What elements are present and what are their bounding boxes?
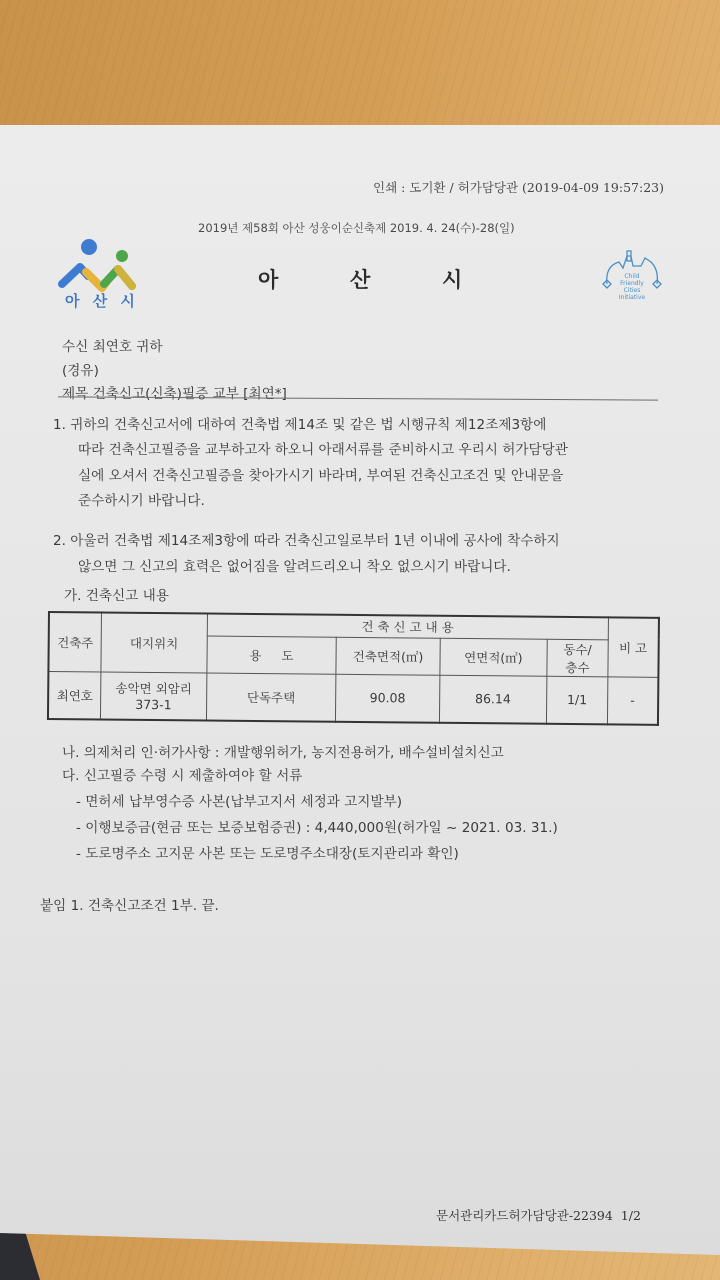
section-da: 다. 신고필증 수령 시 제출하여야 할 서류 xyxy=(62,764,302,784)
paragraph-2-line-2: 않으면 그 신고의 효력은 없어짐을 알려드리오니 착오 없으시기 바랍니다. xyxy=(78,555,511,575)
cell-use: 단독주택 xyxy=(206,673,336,722)
org-title-char-2: 산 xyxy=(350,264,370,294)
paragraph-1-line-4: 준수하시기 바랍니다. xyxy=(78,489,205,509)
section-ga-heading: 가. 건축신고 내용 xyxy=(64,584,169,604)
paragraph-2-line-1: 2. 아울러 건축법 제14조제3항에 따라 건축신고일로부터 1년 이내에 공… xyxy=(53,529,560,549)
header-site: 대지위치 xyxy=(101,613,207,673)
cell-site: 송악면 외암리 373-1 xyxy=(101,672,207,721)
svg-text:Initiative: Initiative xyxy=(619,294,646,301)
via: (경유) xyxy=(62,359,99,379)
header-use: 용 도 xyxy=(206,636,336,674)
print-info: 인쇄 : 도기환 / 허가담당관 (2019-04-09 19:57:23) xyxy=(373,178,664,196)
org-title-char-1: 아 xyxy=(258,264,278,294)
svg-text:Child: Child xyxy=(624,273,639,280)
header-owner: 건축주 xyxy=(48,612,101,672)
paragraph-1-line-3: 실에 오셔서 건축신고필증을 찾아가시기 바라며, 부여된 건축신고조건 및 안… xyxy=(78,464,563,484)
cell-owner: 최연호 xyxy=(48,671,101,720)
header-building-area: 건축면적(㎡) xyxy=(336,637,440,675)
cell-buildings-floors: 1/1 xyxy=(546,676,607,725)
paragraph-1-line-1: 1. 귀하의 건축신고서에 대하여 건축법 제14조 및 같은 법 시행규칙 제… xyxy=(53,413,546,433)
attachment-note: 붙임 1. 건축신고조건 1부. 끝. xyxy=(40,894,219,914)
header-buildings-floors: 동수/ 층수 xyxy=(547,639,608,677)
subject: 제목 건축신고(신축)필증 교부 [최연*] xyxy=(62,382,287,402)
header-floor-area: 연면적(㎡) xyxy=(439,638,547,676)
logo-text: 아 산 시 xyxy=(65,290,139,311)
building-report-table: 건축주 대지위치 건 축 신 고 내 용 비 고 용 도 건축면적(㎡) 연면적… xyxy=(47,611,660,726)
cell-floor-area: 86.14 xyxy=(439,675,547,724)
cell-building-area: 90.08 xyxy=(336,674,440,723)
paragraph-1-line-2: 따라 건축신고필증을 교부하고자 하오니 아래서류를 준비하시고 우리시 허가담… xyxy=(78,438,568,458)
cell-remarks: - xyxy=(607,676,658,724)
page-number: 1/2 xyxy=(621,1208,641,1223)
header-remarks: 비 고 xyxy=(608,617,659,676)
required-doc-2: - 이행보증금(현금 또는 보증보험증권) : 4,440,000원(허가일 ~… xyxy=(76,816,558,836)
table-row: 최연호 송악면 외암리 373-1 단독주택 90.08 86.14 1/1 - xyxy=(48,671,658,725)
required-doc-1: - 면허세 납부영수증 사본(납부고지서 세정과 고지발부) xyxy=(76,790,402,810)
svg-text:Friendly: Friendly xyxy=(620,280,644,287)
required-doc-3: - 도로명주소 고지문 사본 또는 도로명주소대장(토지관리과 확인) xyxy=(76,842,459,862)
svg-text:Cities: Cities xyxy=(624,287,641,294)
festival-banner: 2019년 제58회 아산 성웅이순신축제 2019. 4. 24(수)-28(… xyxy=(198,220,515,236)
org-title-char-3: 시 xyxy=(442,264,462,294)
section-na: 나. 의제처리 인·허가사항 : 개발행위허가, 농지전용허가, 배수설비설치신… xyxy=(62,741,504,761)
recipient: 수신 최연호 귀하 xyxy=(62,335,163,355)
child-friendly-cities-icon: Child Friendly Cities Initiative xyxy=(597,248,667,306)
footer-doc-ref: 문서관리카드허가담당관-22394 1/2 xyxy=(436,1206,641,1224)
